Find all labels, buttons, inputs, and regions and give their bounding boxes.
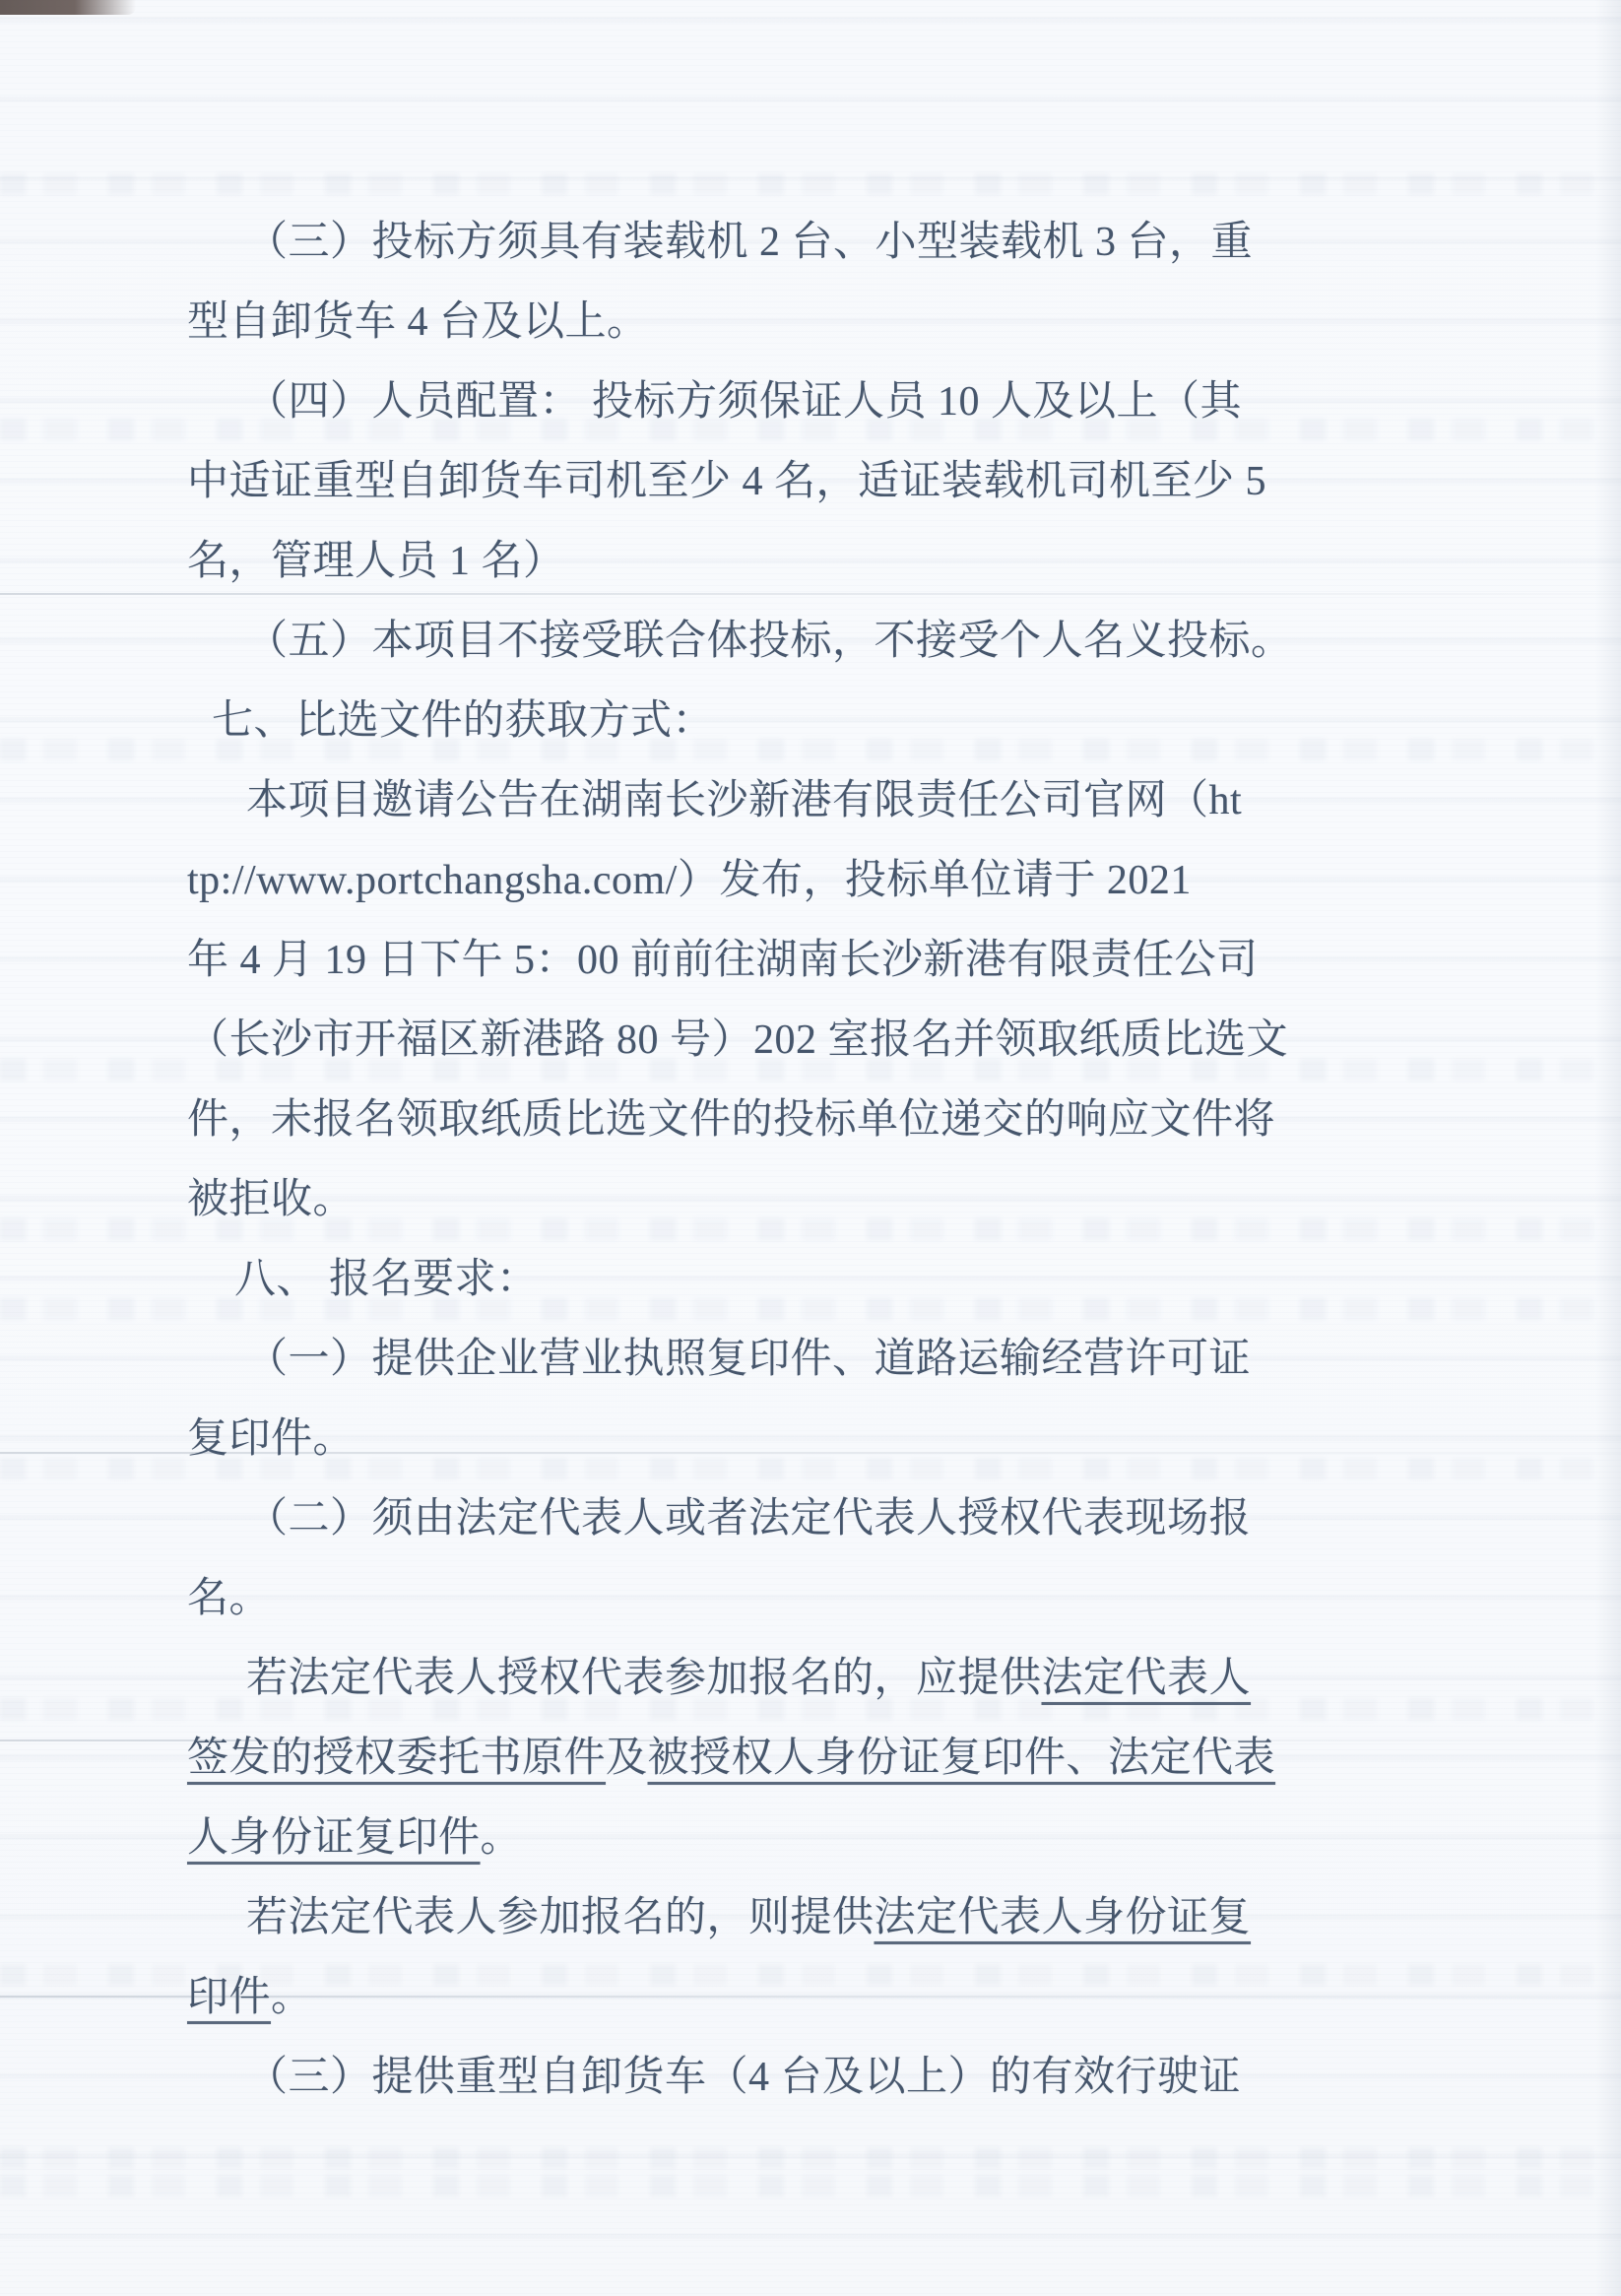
text-line: （一）提供企业营业执照复印件、道路运输经营许可证 — [187, 1320, 1467, 1400]
text-line: 八、 报名要求： — [187, 1240, 1467, 1320]
text-segment: 七、比选文件的获取方式： — [212, 698, 714, 744]
text-line: （三）投标方须具有装载机 2 台、小型装载机 3 台，重 — [187, 203, 1467, 283]
underlined-text: 人身份证复印件 — [187, 1815, 481, 1861]
text-line: 中适证重型自卸货车司机至少 4 名，适证装载机司机至少 5 — [187, 442, 1467, 522]
text-line: （二）须由法定代表人或者法定代表人授权代表现场报 — [187, 1479, 1467, 1559]
text-line: （长沙市开福区新港路 80 号）202 室报名并领取纸质比选文 — [187, 1001, 1467, 1081]
text-line: 本项目邀请公告在湖南长沙新港有限责任公司官网（ht — [187, 761, 1467, 841]
text-segment: 件，未报名领取纸质比选文件的投标单位递交的响应文件将 — [187, 1097, 1275, 1143]
text-line: 年 4 月 19 日下午 5：00 前前往湖南长沙新港有限责任公司 — [187, 921, 1467, 1001]
text-line: 若法定代表人授权代表参加报名的，应提供法定代表人 — [187, 1639, 1467, 1719]
text-segment: 本项目邀请公告在湖南长沙新港有限责任公司官网（ht — [246, 778, 1242, 823]
underlined-text: 法定代表人身份证复 — [875, 1895, 1252, 1940]
text-segment: （五）本项目不接受联合体投标，不接受个人名义投标。 — [246, 619, 1293, 664]
text-segment: tp://www.portchangsha.com/）发布，投标单位请于 202… — [187, 858, 1192, 903]
text-segment: （长沙市开福区新港路 80 号）202 室报名并领取纸质比选文 — [187, 1017, 1288, 1063]
text-segment: 名，管理人员 1 名） — [187, 539, 565, 584]
text-segment: 型自卸货车 4 台及以上。 — [187, 299, 649, 345]
underlined-text: 被授权人身份证复印件、法定代表 — [648, 1736, 1276, 1781]
text-segment: 若法定代表人参加报名的，则提供 — [246, 1895, 875, 1940]
scan-corner-artifact — [0, 0, 136, 15]
ink-bleed-artifact — [0, 173, 1621, 195]
text-segment: 。 — [481, 1815, 523, 1861]
text-line: 名。 — [187, 1559, 1467, 1639]
text-segment: 若法定代表人授权代表参加报名的，应提供 — [246, 1656, 1042, 1701]
text-segment: 名。 — [187, 1576, 271, 1621]
text-segment: 复印件。 — [187, 1416, 355, 1462]
text-segment: （三）提供重型自卸货车（4 台及以上）的有效行驶证 — [246, 2055, 1241, 2100]
text-segment: 中适证重型自卸货车司机至少 4 名，适证装载机司机至少 5 — [187, 459, 1266, 504]
underlined-text: 印件 — [187, 1975, 271, 2020]
text-segment: 被拒收。 — [187, 1177, 355, 1222]
ink-bleed-artifact — [0, 2175, 1621, 2197]
text-line: 七、比选文件的获取方式： — [187, 682, 1467, 761]
text-segment: 八、 报名要求： — [234, 1257, 539, 1302]
text-line: 被拒收。 — [187, 1160, 1467, 1240]
text-segment: （四）人员配置： 投标方须保证人员 10 人及以上（其 — [246, 379, 1242, 425]
text-line: 复印件。 — [187, 1400, 1467, 1479]
document-body: （三）投标方须具有装载机 2 台、小型装载机 3 台，重型自卸货车 4 台及以上… — [187, 203, 1467, 2118]
text-line: 名，管理人员 1 名） — [187, 522, 1467, 602]
text-line: 人身份证复印件。 — [187, 1799, 1467, 1878]
text-line: 件，未报名领取纸质比选文件的投标单位递交的响应文件将 — [187, 1081, 1467, 1160]
text-line: （三）提供重型自卸货车（4 台及以上）的有效行驶证 — [187, 2038, 1467, 2118]
text-segment: 年 4 月 19 日下午 5：00 前前往湖南长沙新港有限责任公司 — [187, 938, 1259, 983]
underlined-text: 法定代表人 — [1042, 1656, 1252, 1701]
text-line: tp://www.portchangsha.com/）发布，投标单位请于 202… — [187, 841, 1467, 921]
text-segment: （二）须由法定代表人或者法定代表人授权代表现场报 — [246, 1496, 1251, 1542]
text-segment: 。 — [271, 1975, 313, 2020]
text-line: （四）人员配置： 投标方须保证人员 10 人及以上（其 — [187, 362, 1467, 442]
text-segment: 及 — [606, 1736, 648, 1781]
scanned-document-page: （三）投标方须具有装载机 2 台、小型装载机 3 台，重型自卸货车 4 台及以上… — [0, 0, 1621, 2296]
ink-bleed-artifact — [0, 2147, 1621, 2169]
text-segment: （三）投标方须具有装载机 2 台、小型装载机 3 台，重 — [246, 220, 1253, 265]
text-line: 签发的授权委托书原件及被授权人身份证复印件、法定代表 — [187, 1719, 1467, 1799]
page-edge-shading — [1595, 0, 1621, 2296]
text-line: （五）本项目不接受联合体投标，不接受个人名义投标。 — [187, 602, 1467, 682]
text-line: 型自卸货车 4 台及以上。 — [187, 283, 1467, 362]
text-line: 印件。 — [187, 1958, 1467, 2038]
text-segment: （一）提供企业营业执照复印件、道路运输经营许可证 — [246, 1337, 1251, 1382]
text-line: 若法定代表人参加报名的，则提供法定代表人身份证复 — [187, 1878, 1467, 1958]
underlined-text: 签发的授权委托书原件 — [187, 1736, 606, 1781]
